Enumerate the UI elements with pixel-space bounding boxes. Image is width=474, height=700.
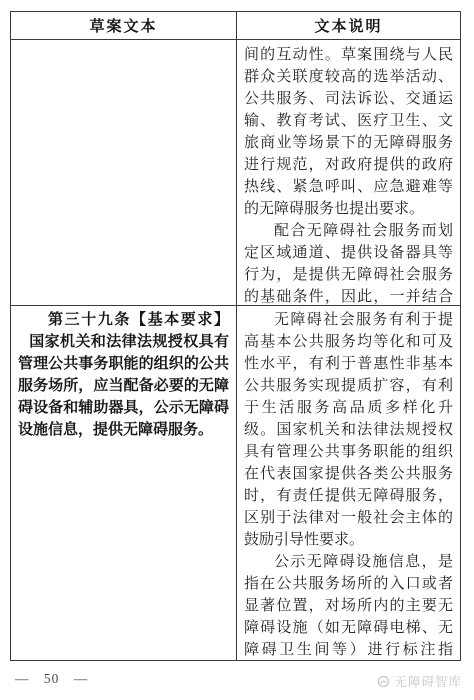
watermark-label: 无障碍智库	[394, 672, 462, 690]
draft-paragraph: 第三十九条【基本要求】国家机关和法律法规授权具有管理公共事务职能的组织的公共服务…	[18, 309, 229, 441]
explanation-paragraph: 无障碍社会服务有利于提高基本公共服务均等化和可及性水平，有利于普惠性非基本公共服…	[244, 309, 453, 551]
article-body-text: 国家机关和法律法规授权具有管理公共事务职能的组织的公共服务场所，应当配备必要的无…	[18, 334, 229, 438]
explanation-paragraph: 间的互动性。草案围绕与人民群众关联度较高的选举活动、公共服务、司法诉讼、交通运输…	[244, 44, 453, 220]
explanation-cell-row1: 间的互动性。草案围绕与人民群众关联度较高的选举活动、公共服务、司法诉讼、交通运输…	[237, 40, 460, 306]
article-number-title: 第三十九条【基本要求】	[48, 311, 229, 328]
column-header-draft: 草案文本	[11, 12, 237, 40]
watermark: 无障碍智库	[377, 672, 462, 690]
draft-cell-article-39: 第三十九条【基本要求】国家机关和法律法规授权具有管理公共事务职能的组织的公共服务…	[11, 306, 237, 660]
explanation-paragraph: 公示无障碍设施信息，是指在公共服务场所的入口或者显著位置，对场所内的主要无障碍设…	[244, 551, 453, 660]
explanation-paragraph: 配合无障碍社会服务而划定区域通道、提供设备器具等行为，是提供无障碍社会服务的基础…	[244, 220, 453, 306]
watermark-logo-icon	[377, 675, 390, 688]
page-number: — 50 —	[15, 671, 88, 687]
draft-cell-row1-empty	[11, 40, 237, 306]
column-header-explanation: 文本说明	[237, 12, 460, 40]
explanation-cell-article-39: 无障碍社会服务有利于提高基本公共服务均等化和可及性水平，有利于普惠性非基本公共服…	[237, 306, 460, 660]
comparison-table: 草案文本 文本说明 间的互动性。草案围绕与人民群众关联度较高的选举活动、公共服务…	[10, 11, 461, 661]
page-footer: — 50 — 无障碍智库	[0, 666, 474, 692]
